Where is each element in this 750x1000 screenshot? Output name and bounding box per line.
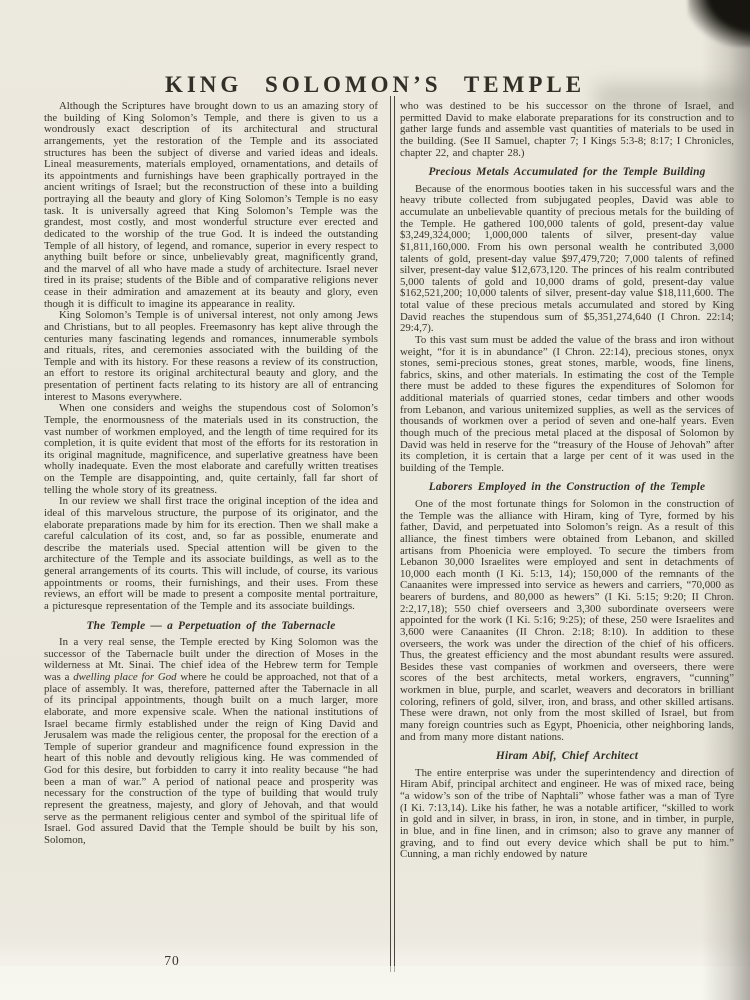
scan-bottom-light-band xyxy=(0,966,750,1000)
paragraph-stupendous-cost: When one considers and weighs the stupen… xyxy=(44,403,378,496)
paragraph-hiram-abif: The entire enterprise was under the supe… xyxy=(400,768,734,861)
paragraph-laborers: One of the most fortunate things for Sol… xyxy=(400,499,734,743)
section-heading-hiram-abif: Hiram Abif, Chief Architect xyxy=(400,751,734,763)
right-column: who was destined to be his successor on … xyxy=(400,101,734,969)
scan-corner-shadow xyxy=(688,0,750,47)
paragraph-metals-values: Because of the enormous booties taken in… xyxy=(400,184,734,335)
section-heading-tabernacle: The Temple — a Perpetuation of the Taber… xyxy=(44,621,378,633)
section-heading-precious-metals: Precious Metals Accumulated for the Temp… xyxy=(400,167,734,179)
section-heading-laborers: Laborers Employed in the Construction of… xyxy=(400,482,734,494)
page-title: KING SOLOMON’S TEMPLE xyxy=(0,72,750,98)
paragraph-tabernacle-post: where he could be approached, not that o… xyxy=(44,671,378,846)
paragraph-intro: Although the Scriptures have brought dow… xyxy=(44,101,378,310)
paragraph-tabernacle: In a very real sense, the Temple erected… xyxy=(44,637,378,846)
paragraph-metals-additions: To this vast sum must be added the value… xyxy=(400,335,734,475)
paragraph-continuation: who was destined to be his successor on … xyxy=(400,101,734,159)
paragraph-universal-interest: King Solomon’s Temple is of universal in… xyxy=(44,310,378,403)
paragraph-review-plan: In our review we shall first trace the o… xyxy=(44,496,378,612)
left-column: Although the Scriptures have brought dow… xyxy=(44,101,378,969)
page-number: 70 xyxy=(132,953,212,969)
paragraph-tabernacle-italic-phrase: dwelling place for God xyxy=(73,671,176,683)
column-divider-rule xyxy=(390,96,395,972)
